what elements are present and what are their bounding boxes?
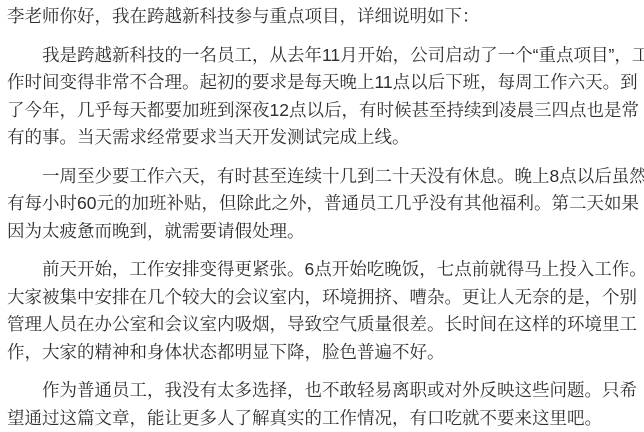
text-line: 前天开始，工作安排变得更紧张。6点开始吃晚饭，七点前就得马上投入工作。 xyxy=(7,256,637,284)
text-line: 管理人员在办公室和会议室内吸烟，导致空气质量很差。长时间在这样的环境里工 xyxy=(7,311,637,339)
text-line: 大家被集中安排在几个较大的会议室内，环境拥挤、嘈杂。更让人无奈的是，个别 xyxy=(7,284,637,312)
salutation-line: 李老师你好，我在跨越新科技参与重点项目，详细说明如下： xyxy=(7,3,637,31)
text-line: 因为太疲惫而晚到，就需要请假处理。 xyxy=(7,218,637,246)
text-line: 望通过这篇文章，能让更多人了解真实的工作情况，有口吃就不要来这里吧。 xyxy=(7,405,637,432)
text-line: 作为普通员工，我没有太多选择，也不敢轻易离职或对外反映这些问题。只希 xyxy=(7,377,637,405)
paragraph-1: 我是跨越新科技的一名员工，从去年11月开始，公司启动了一个“重点项目”，工 作时… xyxy=(7,42,637,152)
text-line: 一周至少要工作六天，有时甚至连续十几到二十天没有休息。晚上8点以后虽然 xyxy=(7,163,637,191)
paragraph-3: 前天开始，工作安排变得更紧张。6点开始吃晚饭，七点前就得马上投入工作。 大家被集… xyxy=(7,256,637,366)
text-line: 有每小时60元的加班补贴，但除此之外，普通员工几乎没有其他福利。第二天如果 xyxy=(7,190,637,218)
paragraph-4: 作为普通员工，我没有太多选择，也不敢轻易离职或对外反映这些问题。只希 望通过这篇… xyxy=(7,377,637,432)
document-page: 李老师你好，我在跨越新科技参与重点项目，详细说明如下： 我是跨越新科技的一名员工… xyxy=(0,0,644,432)
text-line: 了今年，几乎每天都要加班到深夜12点以后，有时候甚至持续到凌晨三四点也是常 xyxy=(7,97,637,125)
text-line: 我是跨越新科技的一名员工，从去年11月开始，公司启动了一个“重点项目”，工 xyxy=(7,42,637,70)
text-line: 作时间变得非常不合理。起初的要求是每天晚上11点以后下班，每周工作六天。到 xyxy=(7,69,637,97)
text-line: 作，大家的精神和身体状态都明显下降，脸色普遍不好。 xyxy=(7,339,637,367)
text-line: 有的事。当天需求经常要求当天开发测试完成上线。 xyxy=(7,124,637,152)
paragraph-2: 一周至少要工作六天，有时甚至连续十几到二十天没有休息。晚上8点以后虽然 有每小时… xyxy=(7,163,637,246)
